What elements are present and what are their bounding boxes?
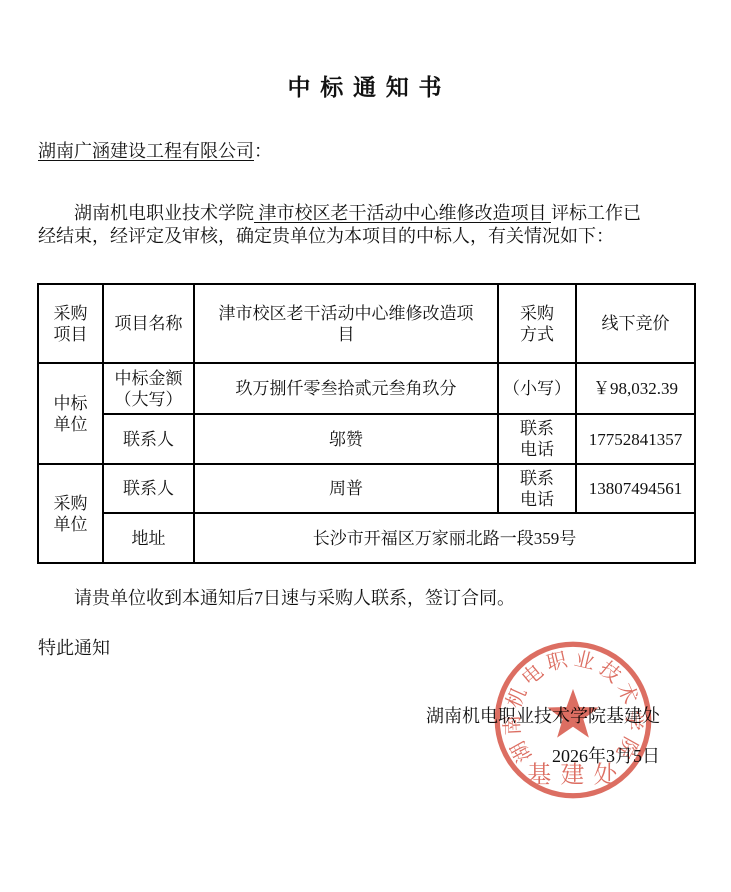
cell-buyer-phone-label: 联系 电话	[498, 464, 576, 513]
addressee-company: 湖南广涵建设工程有限公司	[38, 141, 254, 161]
cell-buyer-group-label: 采购 单位	[38, 464, 103, 563]
award-table: 采购 项目 项目名称 津市校区老干活动中心维修改造项 目 采购 方式 线下竞价 …	[37, 283, 696, 564]
cell-buyer-phone: 13807494561	[576, 464, 695, 513]
cell-amount-label: 中标金额 （大写）	[103, 363, 194, 414]
salutation: 湖南广涵建设工程有限公司：	[38, 139, 693, 163]
award-notice-document: 中 标 通 知 书 湖南广涵建设工程有限公司： 湖南机电职业技术学院 津市校区老…	[0, 0, 731, 892]
cell-winner-contact: 邬赞	[194, 414, 498, 464]
cell-winner-phone-label: 联系 电话	[498, 414, 576, 464]
cell-winner-phone: 17752841357	[576, 414, 695, 464]
table-row-amount: 中标 单位 中标金额 （大写） 玖万捌仟零叁拾贰元叁角玖分 （小写） ￥98,0…	[38, 363, 695, 414]
table-row-buyer-contact: 采购 单位 联系人 周普 联系 电话 13807494561	[38, 464, 695, 513]
cell-amount-words: 玖万捌仟零叁拾贰元叁角玖分	[194, 363, 498, 414]
cell-procurement-item-label: 采购 项目	[38, 284, 103, 363]
signature-date: 2026年3月5日	[0, 745, 660, 768]
body-line2: 经结束，经评定及审核，确定贵单位为本项目的中标人，有关情况如下：	[38, 226, 614, 246]
project-name-underlined: 津市校区老干活动中心维修改造项目	[254, 203, 551, 223]
body-line1-rest: 评标工作已	[551, 203, 641, 223]
cell-winner-group-label: 中标 单位	[38, 363, 103, 464]
cell-buyer-contact: 周普	[194, 464, 498, 513]
cell-method: 线下竞价	[576, 284, 695, 363]
hereby-notice: 特此通知	[38, 637, 693, 660]
cell-project-name-label: 项目名称	[103, 284, 194, 363]
cell-small-figures-label: （小写）	[498, 363, 576, 414]
cell-buyer-contact-label: 联系人	[103, 464, 194, 513]
body-paragraph: 湖南机电职业技术学院 津市校区老干活动中心维修改造项目 评标工作已经结束，经评定…	[38, 202, 693, 248]
body-prefix: 湖南机电职业技术学院	[74, 203, 254, 223]
closing-notice: 请贵单位收到本通知后7日速与采购人联系，签订合同。	[38, 587, 693, 610]
cell-method-label: 采购 方式	[498, 284, 576, 363]
cell-address: 长沙市开福区万家丽北路一段359号	[194, 513, 695, 563]
cell-amount-figures: ￥98,032.39	[576, 363, 695, 414]
table-row-winner-contact: 联系人 邬赞 联系 电话 17752841357	[38, 414, 695, 464]
cell-winner-contact-label: 联系人	[103, 414, 194, 464]
addressee-colon: ：	[254, 141, 272, 161]
table-row-header: 采购 项目 项目名称 津市校区老干活动中心维修改造项 目 采购 方式 线下竞价	[38, 284, 695, 363]
signature-signer: 湖南机电职业技术学院基建处	[0, 705, 660, 728]
page-title: 中 标 通 知 书	[0, 74, 731, 102]
cell-address-label: 地址	[103, 513, 194, 563]
table-row-address: 地址 长沙市开福区万家丽北路一段359号	[38, 513, 695, 563]
cell-project-name: 津市校区老干活动中心维修改造项 目	[194, 284, 498, 363]
